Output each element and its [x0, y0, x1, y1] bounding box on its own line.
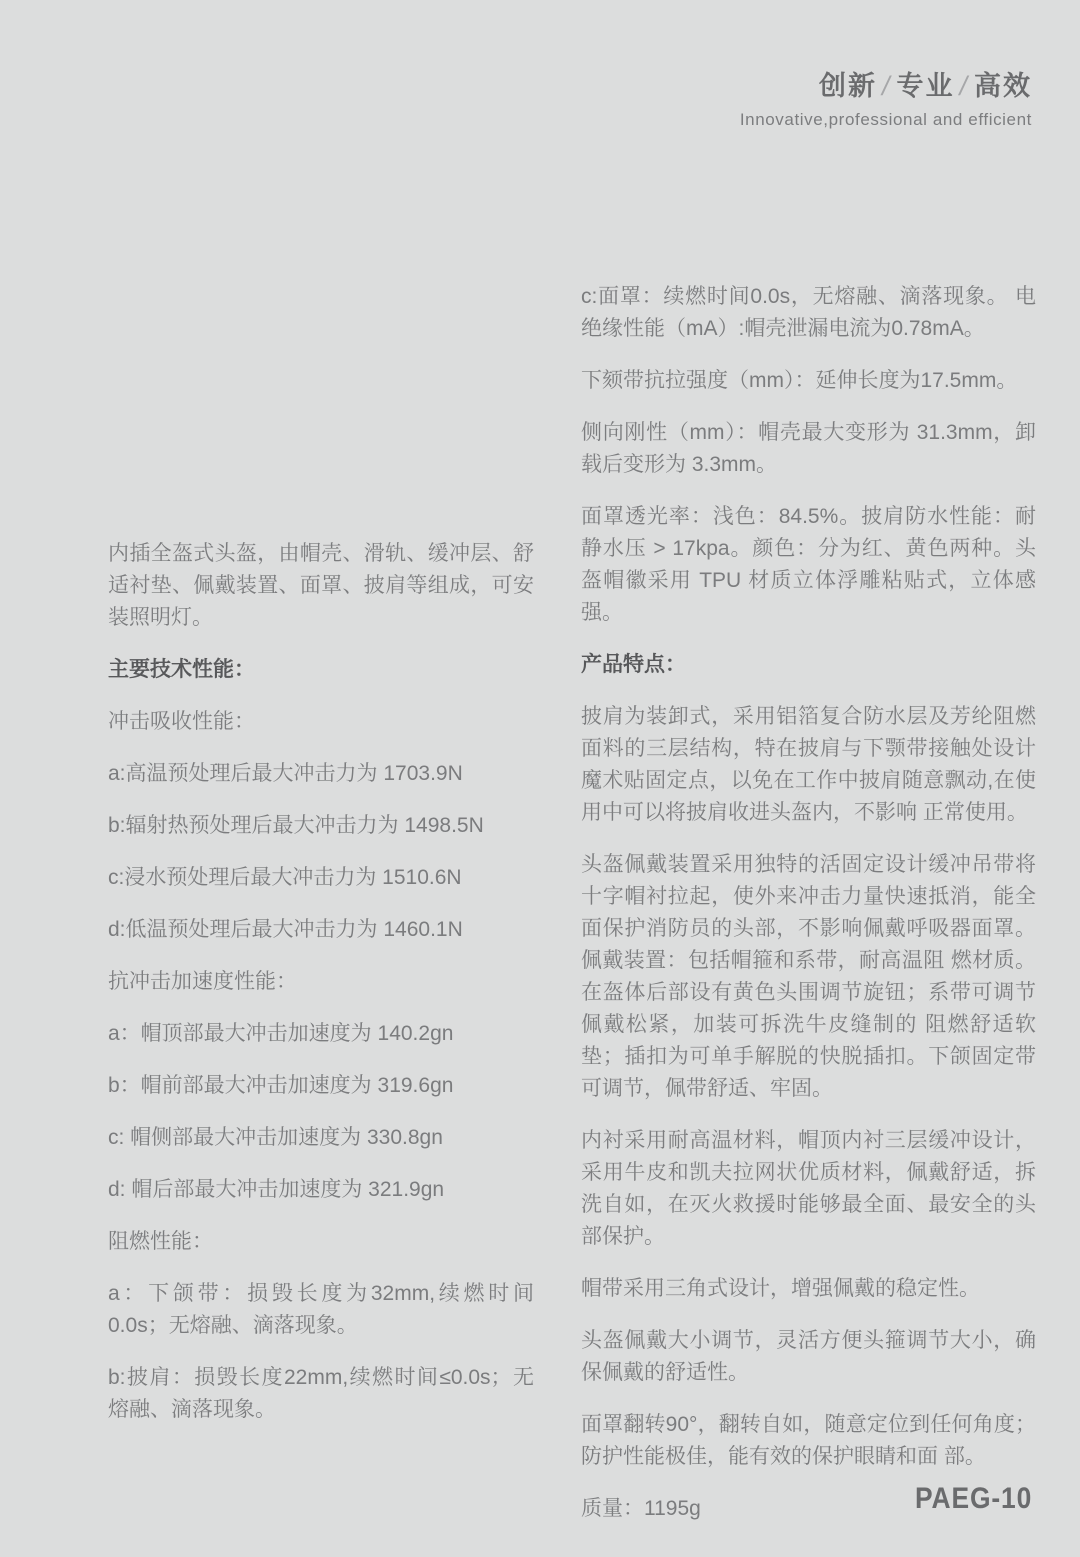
- feature-paragraph: 内衬采用耐高温材料，帽顶内衬三层缓冲设计，采用牛皮和凯夫拉网状优质材料，佩戴舒适…: [581, 1125, 1036, 1253]
- slogan-separator: /: [954, 71, 974, 101]
- spec-line: 面罩透光率：浅色：84.5%。披肩防水性能：耐静水压 > 17kpa。颜色：分为…: [581, 501, 1036, 629]
- slogan-word: 专业: [896, 71, 954, 101]
- intro-paragraph: 内插全盔式头盔，由帽壳、滑轨、缓冲层、舒适衬垫、佩戴装置、面罩、披肩等组成，可安…: [108, 538, 534, 634]
- feature-paragraph: 披肩为装卸式，采用铝箔复合防水层及芳纶阻燃面料的三层结构，特在披肩与下颚带接触处…: [581, 701, 1036, 829]
- spec-line: b:披肩：损毁长度22mm,续燃时间≤0.0s；无熔融、滴落现象。: [108, 1362, 534, 1426]
- spec-line: b：帽前部最大冲击加速度为 319.6gn: [108, 1070, 534, 1102]
- feature-paragraph: 面罩翻转90°，翻转自如，随意定位到任何角度；防护性能极佳，能有效的保护眼睛和面…: [581, 1409, 1036, 1473]
- section-heading-technical: 主要技术性能：: [108, 654, 534, 686]
- spec-line: 冲击吸收性能：: [108, 706, 534, 738]
- feature-paragraph: 头盔佩戴大小调节，灵活方便头箍调节大小，确保佩戴的舒适性。: [581, 1325, 1036, 1389]
- slogan-word: 高效: [974, 71, 1032, 101]
- spec-line: a:高温预处理后最大冲击力为 1703.9N: [108, 758, 534, 790]
- slogan-word: 创新: [819, 71, 877, 101]
- header-slogan: 创新/专业/高效: [740, 64, 1032, 103]
- feature-paragraph: 头盔佩戴装置采用独特的活固定设计缓冲吊带将十字帽衬拉起，使外来冲击力量快速抵消，…: [581, 849, 1036, 1105]
- section-heading-features: 产品特点：: [581, 649, 1036, 681]
- model-code: PAEG-10: [915, 1482, 1032, 1516]
- spec-line: d: 帽后部最大冲击加速度为 321.9gn: [108, 1174, 534, 1206]
- spec-line: c: 帽侧部最大冲击加速度为 330.8gn: [108, 1122, 534, 1154]
- spec-line: a：帽顶部最大冲击加速度为 140.2gn: [108, 1018, 534, 1050]
- spec-line: d:低温预处理后最大冲击力为 1460.1N: [108, 914, 534, 946]
- spec-line: 下颏带抗拉强度（mm）：延伸长度为17.5mm。: [581, 365, 1036, 397]
- left-column: 内插全盔式头盔，由帽壳、滑轨、缓冲层、舒适衬垫、佩戴装置、面罩、披肩等组成，可安…: [108, 538, 534, 1446]
- spec-line: c:面罩：续燃时间0.0s，无熔融、滴落现象。 电绝缘性能（mA）:帽壳泄漏电流…: [581, 281, 1036, 345]
- spec-line: 侧向刚性（mm）：帽壳最大变形为 31.3mm，卸载后变形为 3.3mm。: [581, 417, 1036, 481]
- header-subtitle: Innovative,professional and efficient: [740, 110, 1032, 130]
- page-header: 创新/专业/高效 Innovative,professional and eff…: [740, 64, 1032, 130]
- spec-line: 阻燃性能：: [108, 1226, 534, 1258]
- feature-paragraph: 帽带采用三角式设计，增强佩戴的稳定性。: [581, 1273, 1036, 1305]
- right-column: c:面罩：续燃时间0.0s，无熔融、滴落现象。 电绝缘性能（mA）:帽壳泄漏电流…: [581, 281, 1036, 1545]
- spec-line: c:浸水预处理后最大冲击力为 1510.6N: [108, 862, 534, 894]
- slogan-separator: /: [877, 71, 897, 101]
- spec-line: a：下颌带：损毁长度为32mm,续燃时间 0.0s；无熔融、滴落现象。: [108, 1278, 534, 1342]
- spec-page: 创新/专业/高效 Innovative,professional and eff…: [0, 0, 1080, 1557]
- spec-line: 抗冲击加速度性能：: [108, 966, 534, 998]
- spec-line: b:辐射热预处理后最大冲击力为 1498.5N: [108, 810, 534, 842]
